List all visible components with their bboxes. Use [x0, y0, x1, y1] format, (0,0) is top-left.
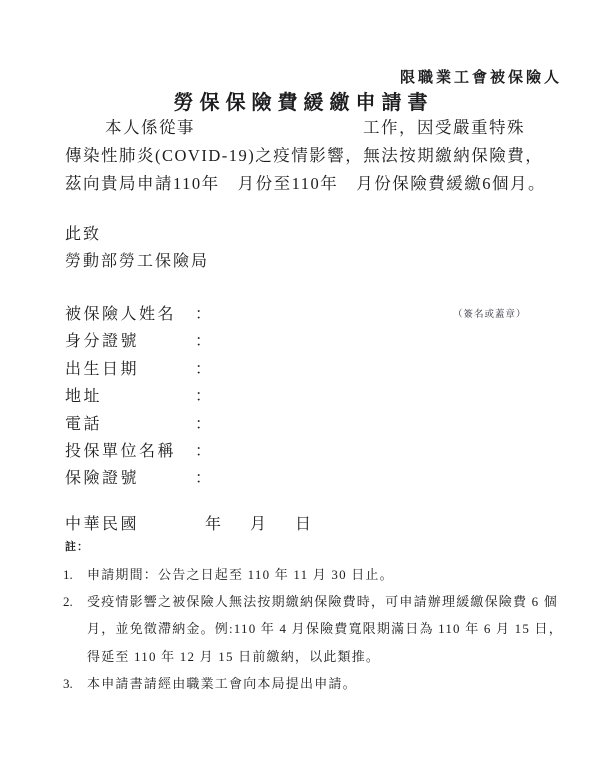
field-label-insured-name: 被保險人姓名: [65, 301, 195, 324]
date-day-label: 日: [295, 516, 314, 533]
field-colon: ：: [195, 383, 211, 406]
note-number: 1.: [63, 561, 73, 588]
fields-block: 被保險人姓名： （簽名或蓋章） 身分證號： 出生日期： 地址： 電話： 投保單位…: [65, 301, 565, 493]
bureau-name: 勞動部勞工保險局: [65, 248, 209, 275]
note-text: 申請期間：公告之日起至 110 年 11 月 30 日止。: [87, 567, 394, 582]
field-colon: ：: [195, 356, 211, 379]
date-year-label: 年: [205, 511, 250, 534]
field-row-phone: 電話：: [65, 411, 565, 438]
notes-heading: 註：: [65, 538, 89, 554]
field-colon: ：: [195, 328, 211, 351]
body-line-1-pre: 本人係從事: [105, 118, 195, 137]
date-month-label: 月: [250, 511, 295, 534]
body-line-3: 茲向貴局申請110年 月份至110年 月份保險費緩繳6個月。: [65, 170, 565, 198]
note-item: 1. 申請期間：公告之日起至 110 年 11 月 30 日止。: [63, 561, 566, 588]
field-colon: ：: [195, 465, 211, 488]
note-text: 本申請書請經由職業工會向本局提出申請。: [87, 676, 357, 691]
application-form-document: 限職業工會被保險人 勞保保險費緩繳申請書 本人係從事工作，因受嚴重特殊 傳染性肺…: [0, 0, 607, 761]
body-paragraph: 本人係從事工作，因受嚴重特殊 傳染性肺炎(COVID-19)之疫情影響，無法按期…: [65, 114, 565, 198]
note-number: 2.: [63, 588, 73, 615]
field-label-phone: 電話: [65, 411, 195, 434]
body-line-1-post: 工作，因受嚴重特殊: [363, 118, 525, 137]
field-label-insured-unit-name: 投保單位名稱: [65, 438, 195, 461]
field-label-address: 地址: [65, 383, 195, 406]
field-row-address: 地址：: [65, 383, 565, 410]
eligibility-note: 限職業工會被保險人: [400, 66, 562, 87]
date-era: 中華民國: [65, 511, 205, 534]
salutation-block: 此致 勞動部勞工保險局: [65, 221, 209, 275]
notes-list: 1. 申請期間：公告之日起至 110 年 11 月 30 日止。 2. 受疫情影…: [63, 561, 566, 697]
field-row-birth-date: 出生日期：: [65, 356, 565, 383]
field-label-insurance-cert-number: 保險證號: [65, 465, 195, 488]
field-colon: ：: [195, 301, 211, 324]
salutation-to: 此致: [65, 221, 209, 248]
field-label-id-number: 身分證號: [65, 328, 195, 351]
field-row-insured-name: 被保險人姓名： （簽名或蓋章）: [65, 301, 565, 328]
field-label-birth-date: 出生日期: [65, 356, 195, 379]
body-line-1: 本人係從事工作，因受嚴重特殊: [65, 114, 565, 142]
signature-hint: （簽名或蓋章）: [453, 306, 527, 320]
note-text: 受疫情影響之被保險人無法按期繳納保險費時，可申請辦理緩繳保險費 6 個月，並免徵…: [87, 594, 563, 663]
note-number: 3.: [63, 670, 73, 697]
note-item: 2. 受疫情影響之被保險人無法按期繳納保險費時，可申請辦理緩繳保險費 6 個月，…: [63, 588, 566, 670]
field-colon: ：: [195, 438, 211, 461]
note-item: 3. 本申請書請經由職業工會向本局提出申請。: [63, 670, 566, 697]
field-row-id-number: 身分證號：: [65, 328, 565, 355]
field-row-insurance-cert-number: 保險證號：: [65, 465, 565, 492]
form-title: 勞保保險費緩繳申請書: [0, 86, 607, 115]
body-line-2: 傳染性肺炎(COVID-19)之疫情影響，無法按期繳納保險費，: [65, 142, 565, 170]
field-colon: ：: [195, 411, 211, 434]
date-line: 中華民國年月日: [65, 511, 314, 534]
field-row-insured-unit-name: 投保單位名稱：: [65, 438, 565, 465]
